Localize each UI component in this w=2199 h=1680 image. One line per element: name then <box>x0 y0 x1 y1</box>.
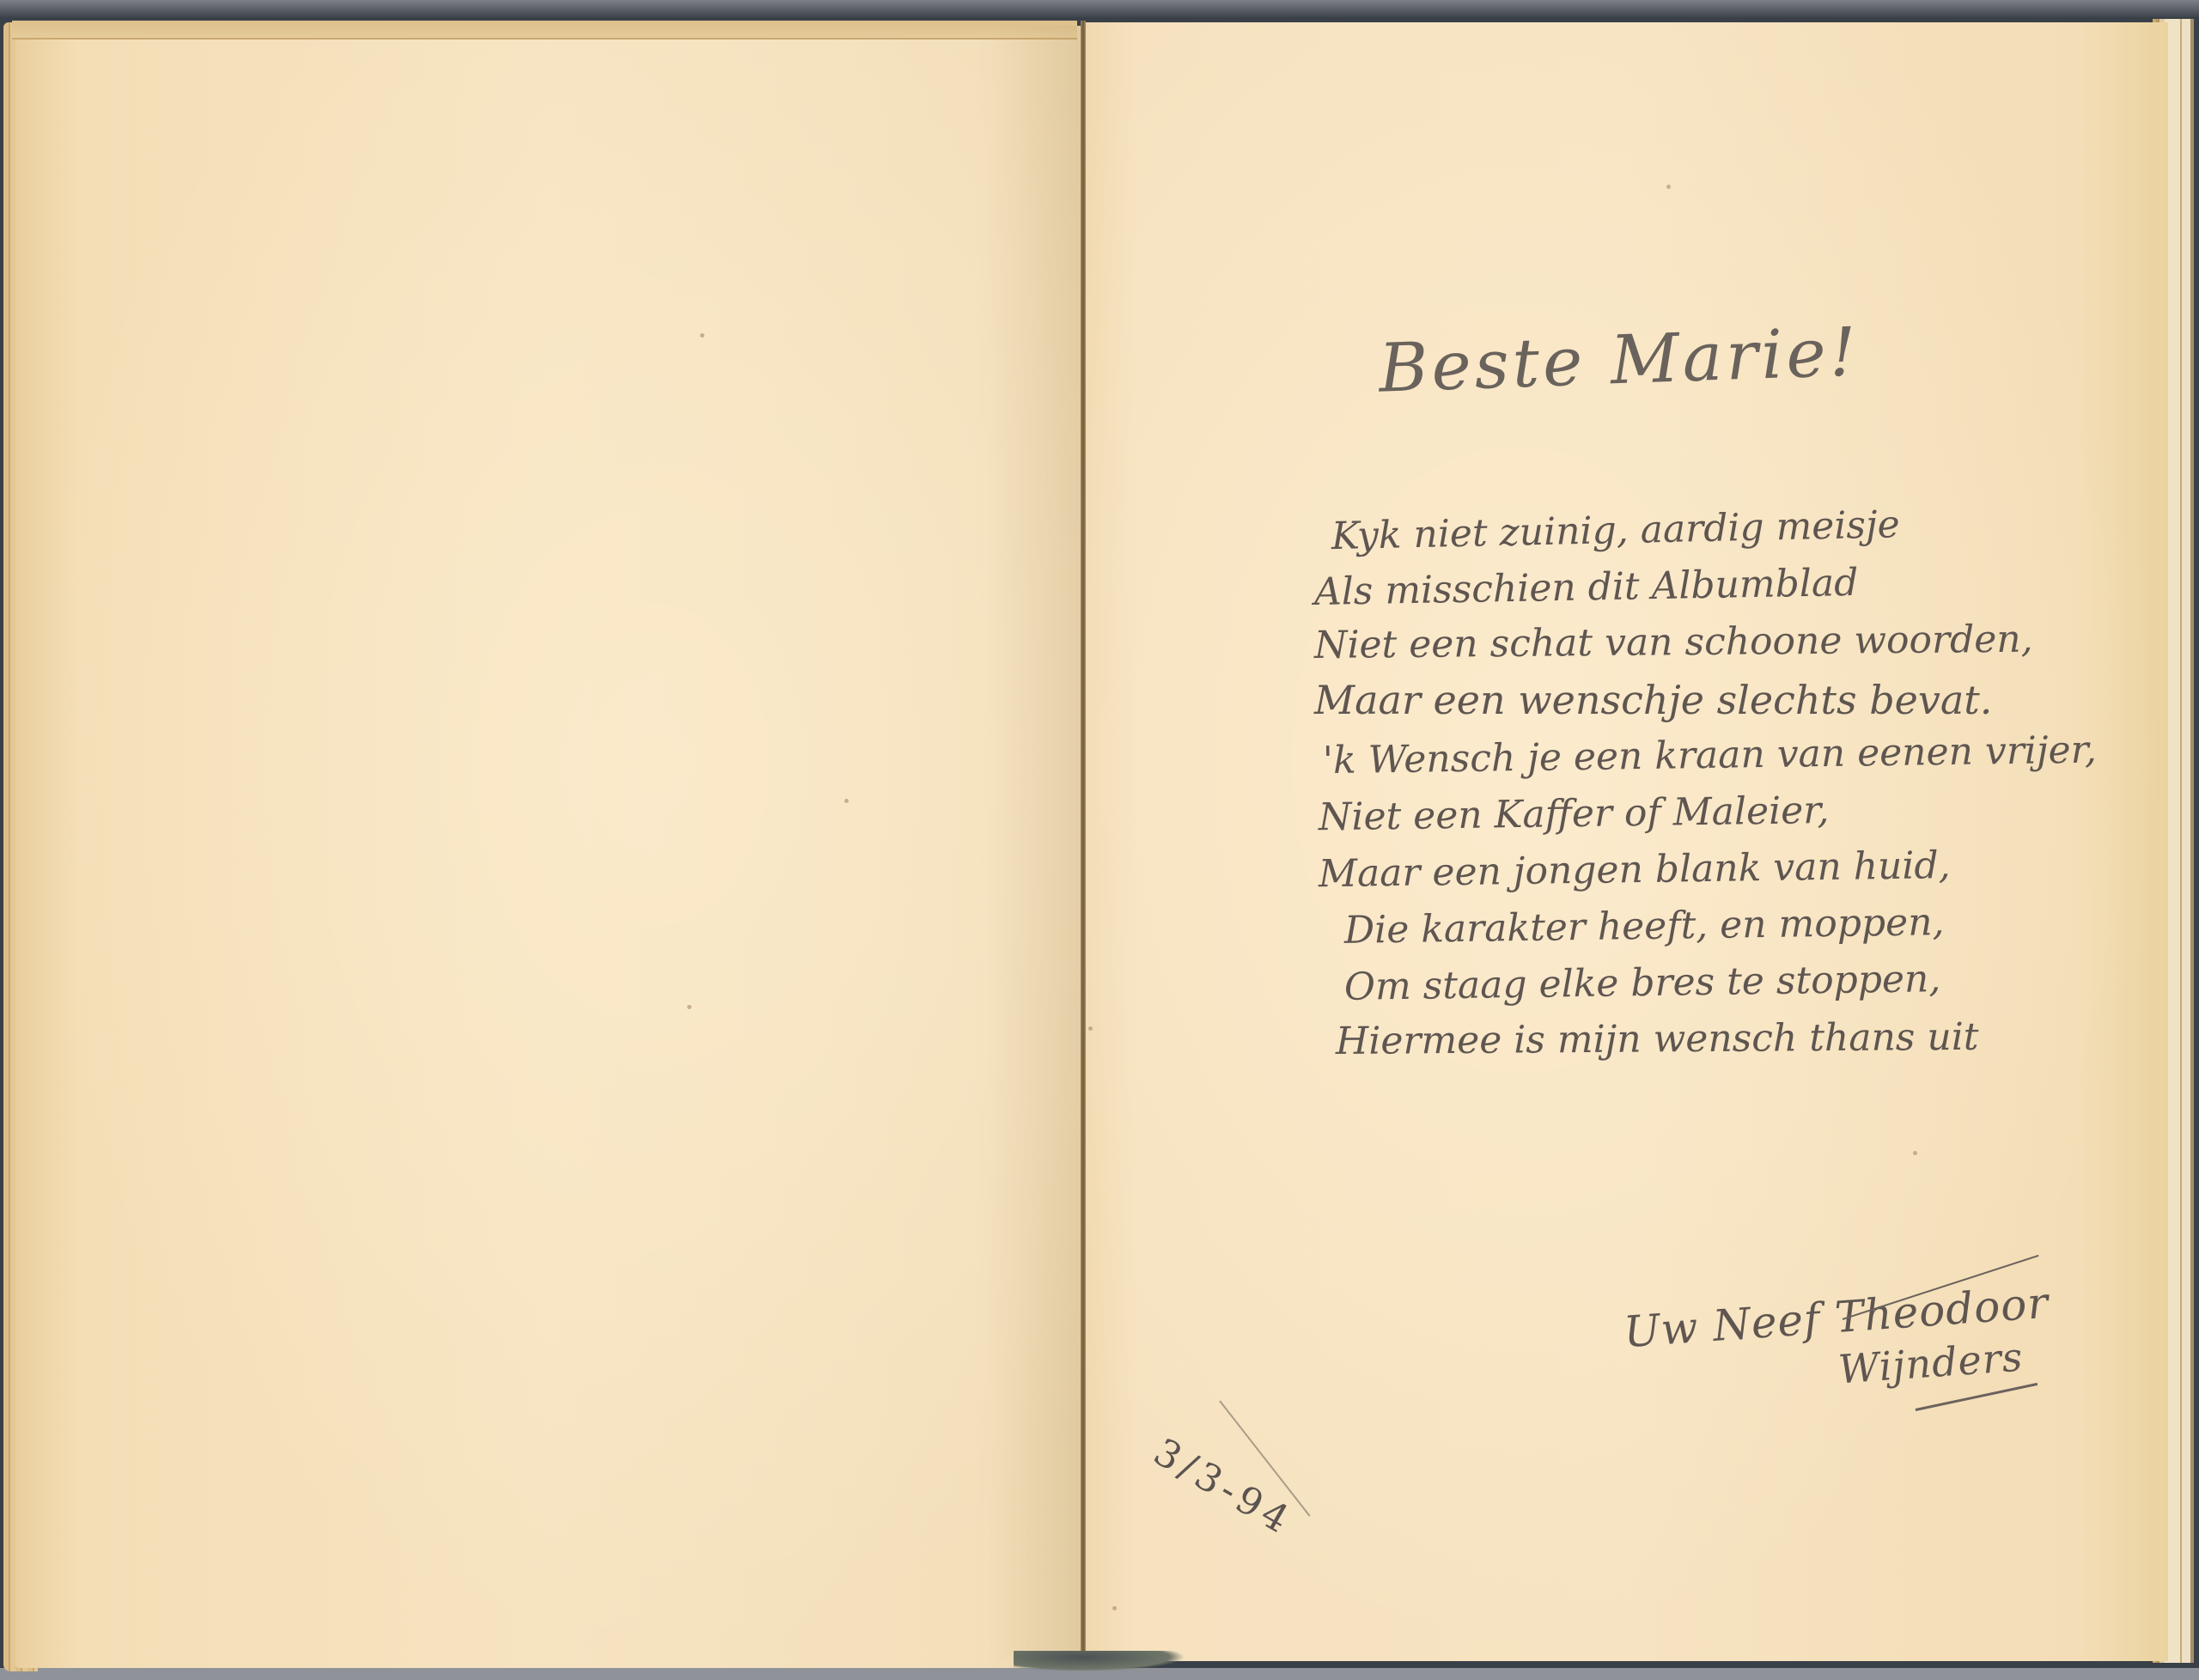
paper-speck <box>687 1005 691 1009</box>
left-page <box>15 26 1082 1668</box>
poem-line: Om staag elke bres te stoppen, <box>1314 955 2098 1023</box>
left-page-top-edge <box>12 21 1077 40</box>
spine-bottom-wear <box>1014 1651 1185 1671</box>
paper-speck <box>844 799 849 803</box>
poem: Kyk niet zuinig, aardig meisje Als missc… <box>1314 507 2097 1074</box>
poem-line: Niet een schat van schoone woorden, <box>1314 617 2097 680</box>
cover-top-edge <box>0 0 2199 17</box>
paper-speck <box>700 333 704 338</box>
poem-line: Maar een wenschje slechts bevat. <box>1314 677 2097 733</box>
poem-line: Hiermee is mijn wensch thans uit <box>1314 1014 2097 1076</box>
paper-speck <box>1666 185 1671 189</box>
gutter-shadow <box>988 26 1081 1658</box>
book-gutter <box>1081 21 1086 1663</box>
paper-speck <box>1913 1151 1917 1155</box>
paper-speck <box>1112 1606 1117 1610</box>
paper-speck <box>1088 1026 1093 1031</box>
